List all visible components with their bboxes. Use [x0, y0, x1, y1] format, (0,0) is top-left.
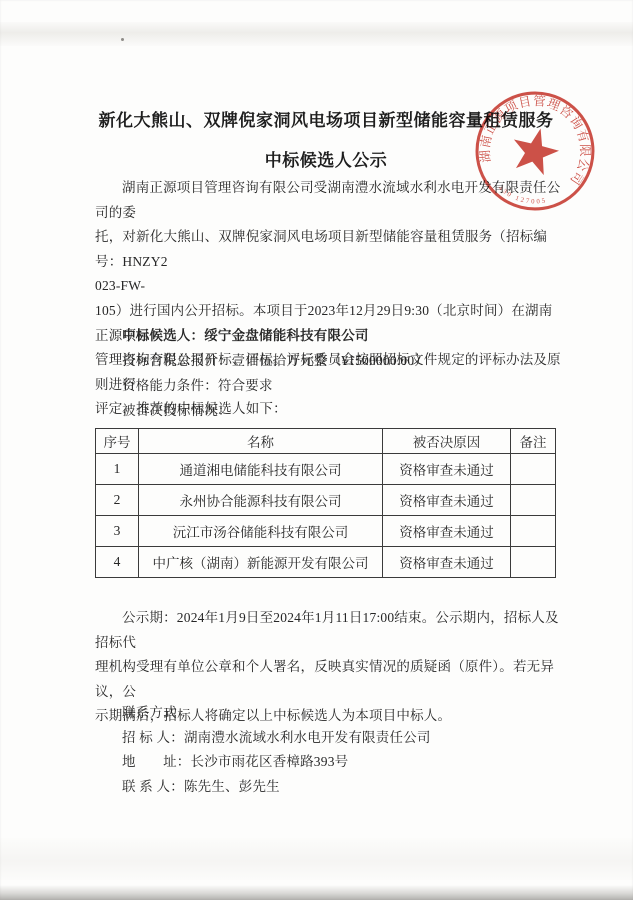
- cell-no: 1: [96, 454, 139, 485]
- notice-line: 理机构受理有单位公章和个人署名，反映真实情况的质疑函（原件）。若无异议，公: [95, 655, 565, 704]
- cell-name: 中广核（湖南）新能源开发有限公司: [139, 547, 383, 578]
- document-title-line2: 中标候选人公示: [95, 146, 557, 171]
- cell-name: 永州协合能源科技有限公司: [139, 485, 383, 516]
- cell-no: 4: [96, 547, 139, 578]
- cell-reason: 资格审查未通过: [383, 547, 511, 578]
- cell-note: [511, 516, 556, 547]
- document-title-line1: 新化大熊山、双牌倪家洞风电场项目新型储能容量租赁服务: [95, 106, 557, 131]
- table-header-row: 序号 名称 被否决原因 备注: [96, 429, 556, 454]
- intro-line: 托，对新化大熊山、双牌倪家洞风电场项目新型储能容量租赁服务（招标编号：HNZY2: [95, 225, 565, 274]
- rejected-heading: 被否决投标情况：: [95, 398, 565, 423]
- header-note: 备注: [511, 429, 556, 454]
- tenderer-line: 招 标 人：湖南澧水流域水利水电开发有限责任公司: [122, 726, 565, 751]
- cell-no: 3: [96, 516, 139, 547]
- scan-speck: [121, 38, 124, 41]
- notice-line: 公示期：2024年1月9日至2024年1月11日17:00结束。公示期内，招标人…: [95, 606, 565, 655]
- svg-text:湖南正源项目管理咨询有限公司: 湖南正源项目管理咨询有限公司: [474, 90, 596, 190]
- candidate-section: 中标候选人：绥宁金盘储能科技有限公司 投标含税总报价：壹佰伍拾万元整（¥1500…: [95, 323, 565, 423]
- price-line: 投标含税总报价：壹佰伍拾万元整（¥1500000.00）: [95, 348, 565, 373]
- cell-name: 沅江市汤谷储能科技有限公司: [139, 516, 383, 547]
- contact-person-line: 联 系 人：陈先生、彭先生: [122, 775, 565, 800]
- cell-note: [511, 485, 556, 516]
- cell-name: 通道湘电储能科技有限公司: [139, 454, 383, 485]
- scan-smudge-lower: [0, 838, 633, 880]
- scanned-document-page: 新化大熊山、双牌倪家洞风电场项目新型储能容量租赁服务 中标候选人公示 湖南正源项…: [0, 0, 633, 900]
- header-no: 序号: [96, 429, 139, 454]
- contact-heading: 联系方式: [122, 701, 565, 726]
- cell-reason: 资格审查未通过: [383, 516, 511, 547]
- table-row: 1 通道湘电储能科技有限公司 资格审查未通过: [96, 454, 556, 485]
- cell-reason: 资格审查未通过: [383, 454, 511, 485]
- contact-section: 联系方式 招 标 人：湖南澧水流域水利水电开发有限责任公司 地 址：长沙市雨花区…: [95, 701, 565, 799]
- header-reason: 被否决原因: [383, 429, 511, 454]
- cell-no: 2: [96, 485, 139, 516]
- scan-shadow-top: [0, 22, 633, 46]
- cell-note: [511, 454, 556, 485]
- header-name: 名称: [139, 429, 383, 454]
- intro-line: 023-FW-: [95, 274, 565, 299]
- table-row: 2 永州协合能源科技有限公司 资格审查未通过: [96, 485, 556, 516]
- intro-line: 湖南正源项目管理咨询有限公司受湖南澧水流域水利水电开发有限责任公司的委: [95, 176, 565, 225]
- winner-line: 中标候选人：绥宁金盘储能科技有限公司: [95, 323, 565, 348]
- address-line: 地 址：长沙市雨花区香樟路393号: [122, 750, 565, 775]
- table-row: 4 中广核（湖南）新能源开发有限公司 资格审查未通过: [96, 547, 556, 578]
- qualification-line: 资格能力条件：符合要求: [95, 373, 565, 398]
- table-row: 3 沅江市汤谷储能科技有限公司 资格审查未通过: [96, 516, 556, 547]
- scan-shadow-bottom: [0, 885, 633, 900]
- seal-company-text: 湖南正源项目管理咨询有限公司: [474, 90, 596, 190]
- rejected-bidders-table: 序号 名称 被否决原因 备注 1 通道湘电储能科技有限公司 资格审查未通过 2 …: [95, 428, 556, 578]
- cell-note: [511, 547, 556, 578]
- cell-reason: 资格审查未通过: [383, 485, 511, 516]
